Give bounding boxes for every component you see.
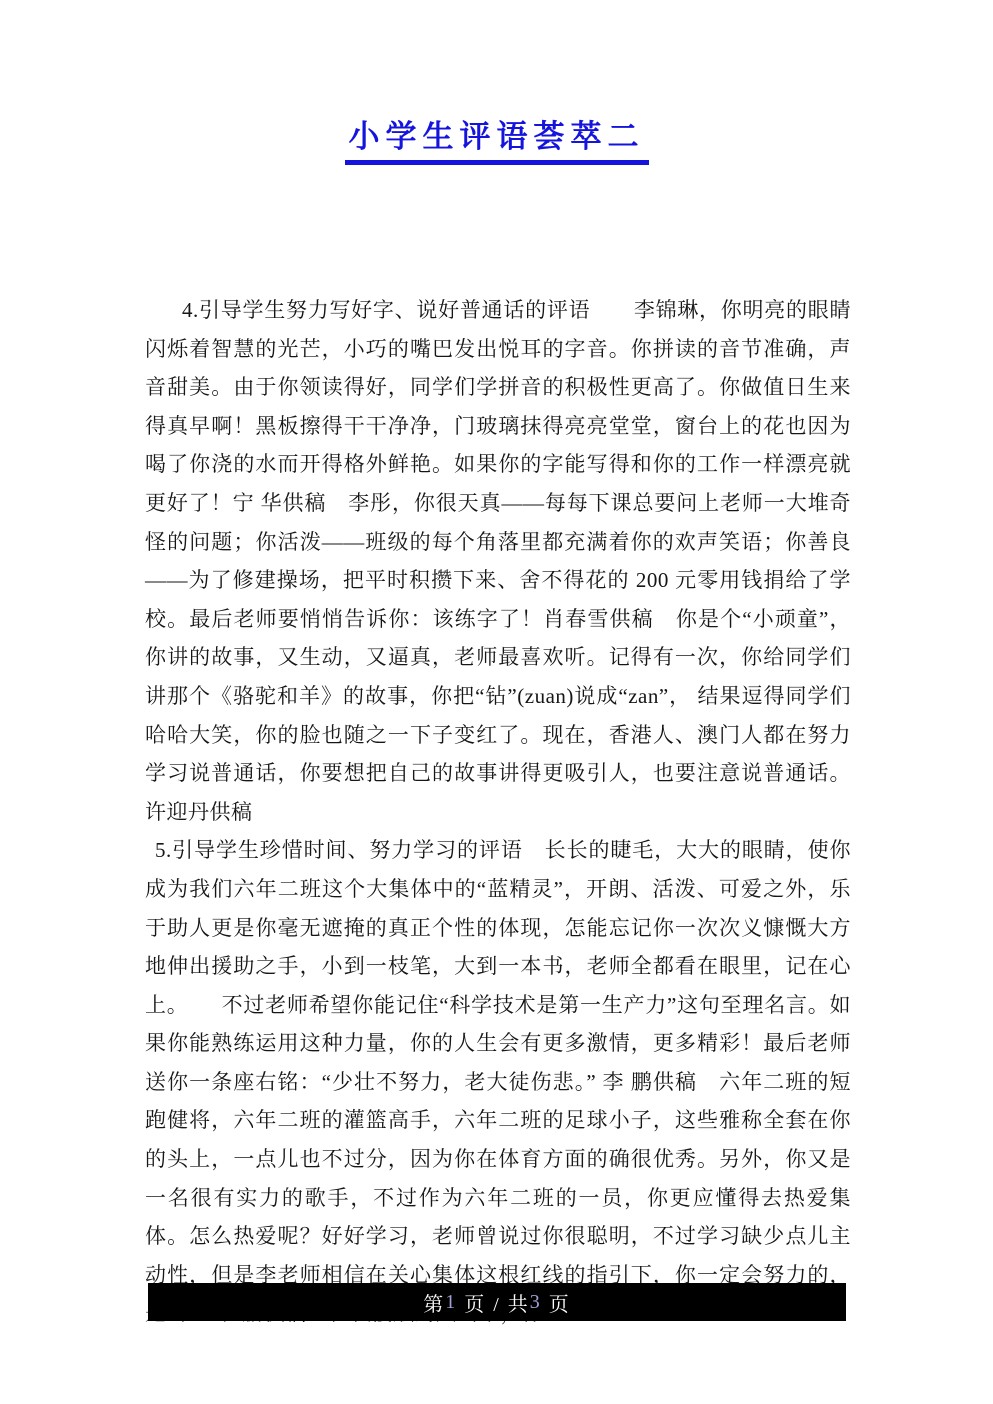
page-footer-bar: 第1 页 / 共3 页 — [148, 1283, 846, 1321]
document-page: 小学生评语荟萃二 4.引导学生努力写好字、说好普通话的评语 李锦琳，你明亮的眼睛… — [0, 0, 993, 1404]
footer-page-suffix: 页 — [542, 1288, 571, 1317]
document-body: 4.引导学生努力写好字、说好普通话的评语 李锦琳，你明亮的眼睛闪烁着智慧的光芒，… — [145, 291, 851, 1333]
footer-total-pages: 3 — [530, 1291, 542, 1314]
paragraph-5: 5.引导学生珍惜时间、努力学习的评语 长长的睫毛，大大的眼睛，使你成为我们六年二… — [145, 831, 851, 1333]
footer-page-number: 1 — [445, 1291, 457, 1314]
title-container: 小学生评语荟萃二 — [0, 120, 993, 165]
footer-page-prefix: 第 — [423, 1288, 445, 1317]
page-title: 小学生评语荟萃二 — [345, 120, 649, 165]
paragraph-4: 4.引导学生努力写好字、说好普通话的评语 李锦琳，你明亮的眼睛闪烁着智慧的光芒，… — [145, 291, 851, 831]
footer-page-middle: 页 / 共 — [457, 1288, 530, 1317]
